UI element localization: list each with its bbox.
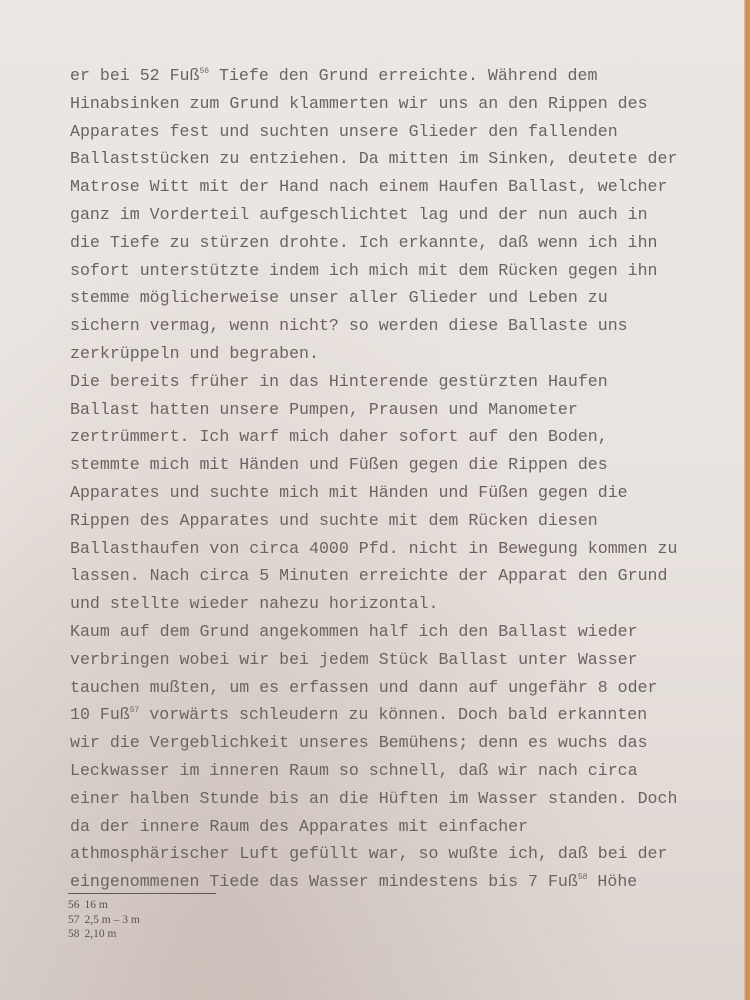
text-line: Kaum auf dem Grund angekommen half ich d… [70, 618, 730, 646]
text-line: er bei 52 Fuß56 Tiefe den Grund erreicht… [70, 62, 730, 90]
document-page: er bei 52 Fuß56 Tiefe den Grund erreicht… [0, 0, 744, 1000]
footnote: 5616 m [68, 898, 140, 913]
text-line-content: Hinabsinken zum Grund klammerten wir uns… [70, 94, 648, 113]
text-line-content: athmosphärischer Luft gefüllt war, so wu… [70, 844, 667, 863]
text-line-content: verbringen wobei wir bei jedem Stück Bal… [70, 650, 638, 669]
text-line: Hinabsinken zum Grund klammerten wir uns… [70, 90, 730, 118]
text-line: da der innere Raum des Apparates mit ein… [70, 813, 730, 841]
text-line-content: einer halben Stunde bis an die Hüften im… [70, 789, 677, 808]
text-line: einer halben Stunde bis an die Hüften im… [70, 785, 730, 813]
text-line-content: sichern vermag, wenn nicht? so werden di… [70, 316, 628, 335]
footnote-number: 58 [68, 928, 80, 940]
text-line-content: Leckwasser im inneren Raum so schnell, d… [70, 761, 638, 780]
text-line-content: Ballaststücken zu entziehen. Da mitten i… [70, 149, 677, 168]
text-line: 10 Fuß57 vorwärts schleudern zu können. … [70, 701, 730, 729]
text-line-continuation: Tiefe den Grund erreichte. Während dem [209, 66, 597, 85]
text-line: wir die Vergeblichkeit unseres Bemühens;… [70, 729, 730, 757]
text-line: zerkrüppeln und begraben. [70, 340, 730, 368]
text-line: zertrümmert. Ich warf mich daher sofort … [70, 423, 730, 451]
text-line-content: und stellte wieder nahezu horizontal. [70, 594, 438, 613]
text-line-content: Rippen des Apparates und suchte mit dem … [70, 511, 598, 530]
text-line-content: zertrümmert. Ich warf mich daher sofort … [70, 427, 608, 446]
text-line: stemme möglicherweise unser aller Gliede… [70, 284, 730, 312]
footnote: 582,10 m [68, 927, 140, 942]
text-line-content: lassen. Nach circa 5 Minuten erreichte d… [70, 566, 667, 585]
text-line: stemmte mich mit Händen und Füßen gegen … [70, 451, 730, 479]
footnote-text: 16 m [85, 899, 108, 911]
text-line: ganz im Vorderteil aufgeschlichtet lag u… [70, 201, 730, 229]
body-text: er bei 52 Fuß56 Tiefe den Grund erreicht… [70, 62, 730, 896]
text-line-content: Ballast hatten unsere Pumpen, Prausen un… [70, 400, 578, 419]
text-line: Ballast hatten unsere Pumpen, Prausen un… [70, 396, 730, 424]
text-line-content: sofort unterstützte indem ich mich mit d… [70, 261, 658, 280]
text-line-content: eingenommenen Tiede das Wasser mindesten… [70, 872, 578, 891]
text-line: Ballasthaufen von circa 4000 Pfd. nicht … [70, 535, 730, 563]
text-line-content: stemme möglicherweise unser aller Gliede… [70, 288, 608, 307]
text-line: und stellte wieder nahezu horizontal. [70, 590, 730, 618]
desk-edge [744, 0, 750, 1000]
footnote-text: 2,10 m [85, 928, 117, 940]
text-line: Matrose Witt mit der Hand nach einem Hau… [70, 173, 730, 201]
text-line: Die bereits früher in das Hinterende ges… [70, 368, 730, 396]
text-line-content: tauchen mußten, um es erfassen und dann … [70, 678, 658, 697]
text-line: lassen. Nach circa 5 Minuten erreichte d… [70, 562, 730, 590]
text-line: athmosphärischer Luft gefüllt war, so wu… [70, 840, 730, 868]
footnotes: 5616 m572,5 m – 3 m582,10 m [68, 898, 140, 942]
text-line-content: zerkrüppeln und begraben. [70, 344, 319, 363]
text-line-content: wir die Vergeblichkeit unseres Bemühens;… [70, 733, 648, 752]
text-line-content: 10 Fuß [70, 705, 130, 724]
text-line: Leckwasser im inneren Raum so schnell, d… [70, 757, 730, 785]
text-line-content: ganz im Vorderteil aufgeschlichtet lag u… [70, 205, 648, 224]
text-line: Apparates fest und suchten unsere Gliede… [70, 118, 730, 146]
text-line-content: Die bereits früher in das Hinterende ges… [70, 372, 608, 391]
text-line: verbringen wobei wir bei jedem Stück Bal… [70, 646, 730, 674]
text-line: sichern vermag, wenn nicht? so werden di… [70, 312, 730, 340]
text-line-content: da der innere Raum des Apparates mit ein… [70, 817, 528, 836]
text-line-content: Apparates und suchte mich mit Händen und… [70, 483, 628, 502]
footnote-text: 2,5 m – 3 m [85, 914, 140, 926]
text-line: Ballaststücken zu entziehen. Da mitten i… [70, 145, 730, 173]
text-line: eingenommenen Tiede das Wasser mindesten… [70, 868, 730, 896]
text-line-content: Kaum auf dem Grund angekommen half ich d… [70, 622, 638, 641]
text-line-content: stemmte mich mit Händen und Füßen gegen … [70, 455, 608, 474]
text-line: die Tiefe zu stürzen drohte. Ich erkannt… [70, 229, 730, 257]
footnote: 572,5 m – 3 m [68, 913, 140, 928]
text-line: Rippen des Apparates und suchte mit dem … [70, 507, 730, 535]
text-line: tauchen mußten, um es erfassen und dann … [70, 674, 730, 702]
text-line-content: Apparates fest und suchten unsere Gliede… [70, 122, 618, 141]
text-line-continuation: Höhe [587, 872, 637, 891]
text-line-content: er bei 52 Fuß [70, 66, 199, 85]
text-line-content: Matrose Witt mit der Hand nach einem Hau… [70, 177, 667, 196]
text-line-content: Ballasthaufen von circa 4000 Pfd. nicht … [70, 539, 677, 558]
text-line: sofort unterstützte indem ich mich mit d… [70, 257, 730, 285]
text-line-continuation: vorwärts schleudern zu können. Doch bald… [139, 705, 647, 724]
text-line-content: die Tiefe zu stürzen drohte. Ich erkannt… [70, 233, 658, 252]
text-line: Apparates und suchte mich mit Händen und… [70, 479, 730, 507]
footnote-separator [68, 893, 216, 894]
footnote-reference: 56 [199, 67, 209, 76]
footnote-number: 57 [68, 914, 80, 926]
footnote-number: 56 [68, 899, 80, 911]
footnote-reference: 57 [130, 706, 140, 715]
